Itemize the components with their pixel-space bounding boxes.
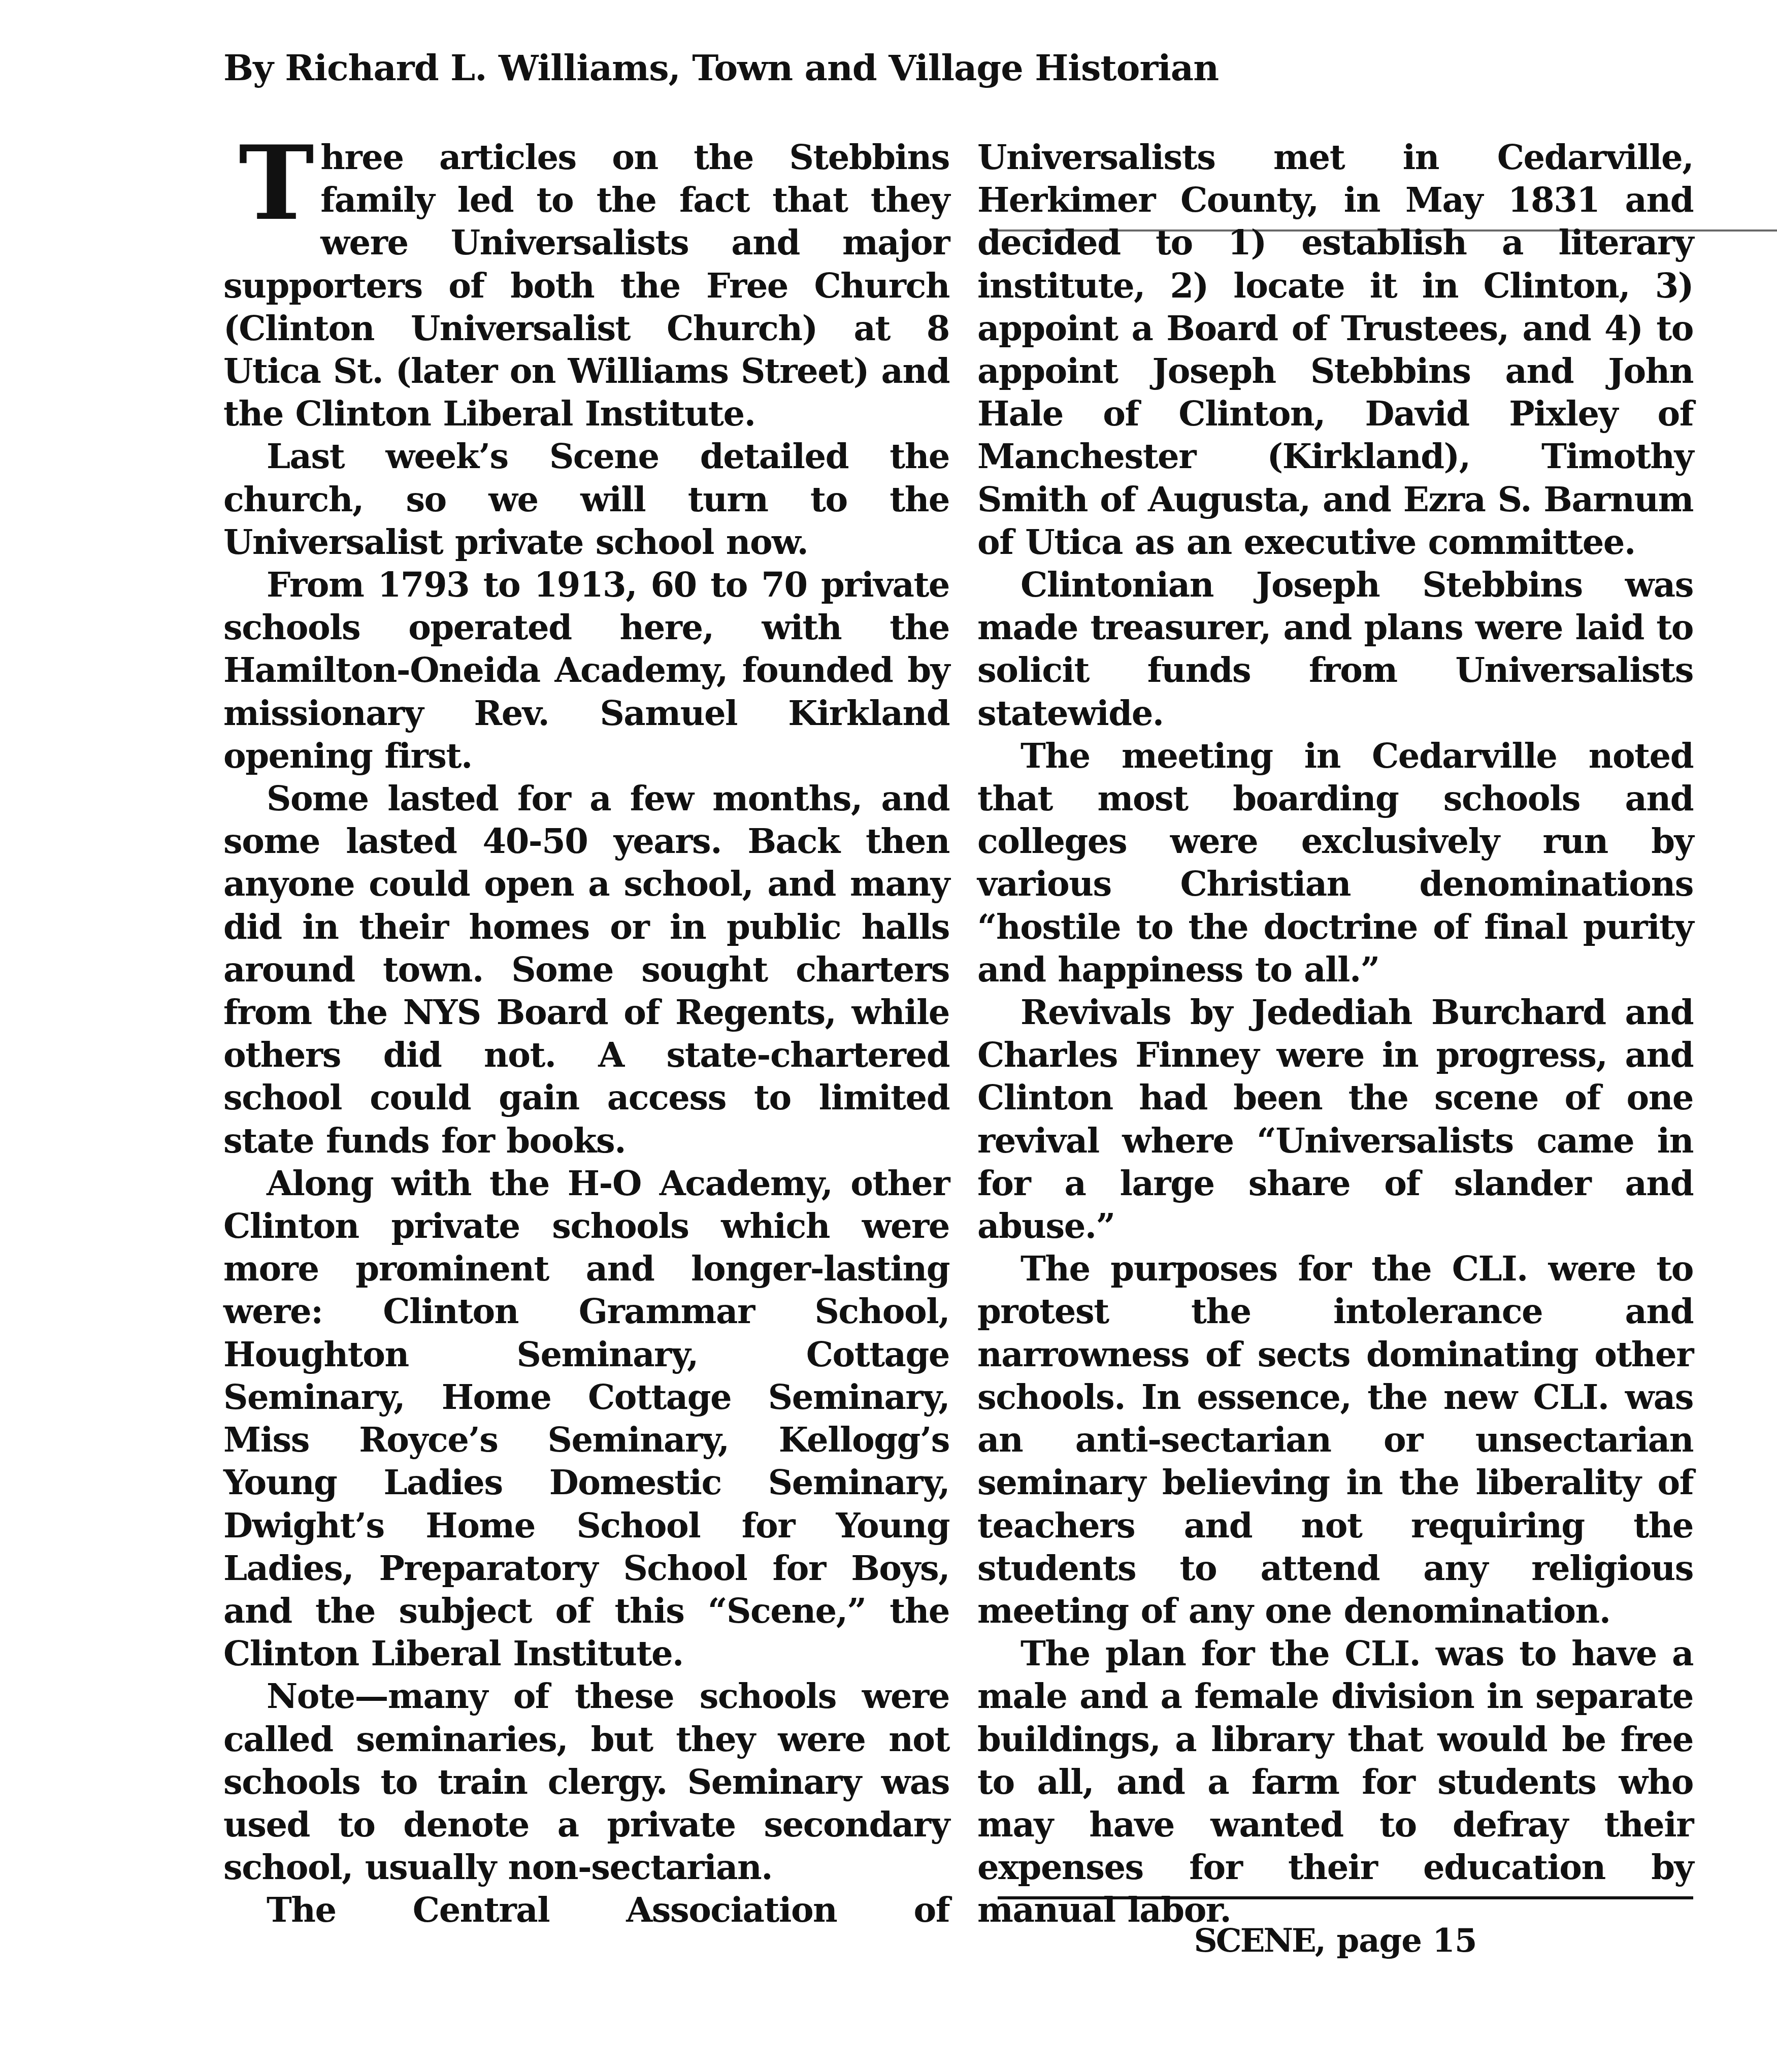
paragraph-continuation: Universalists met in Cedarville, Herkime… (977, 136, 1693, 564)
paragraph: The plan for the CLI. was to have a male… (977, 1632, 1693, 1931)
continued-on-page-jump: SCENE, page 15 (977, 1922, 1693, 1960)
paragraph: Note—many of these schools were called s… (223, 1675, 949, 1889)
paragraph-intro: Three articles on the Stebbins family le… (223, 136, 949, 435)
paragraph: Clintonian Joseph Stebbins was made trea… (977, 564, 1693, 735)
paragraph: Revivals by Jedediah Burchard and Charle… (977, 991, 1693, 1247)
jump-page-label: , page 15 (1315, 1922, 1477, 1960)
paragraph: The purposes for the CLI. were to protes… (977, 1247, 1693, 1632)
right-column: Universalists met in Cedarville, Herkime… (977, 136, 1693, 1932)
paragraph: From 1793 to 1913, 60 to 70 private scho… (223, 564, 949, 777)
left-column: Three articles on the Stebbins family le… (223, 136, 949, 1932)
paragraph: The meeting in Cedarville noted that mos… (977, 735, 1693, 991)
drop-cap: T (239, 143, 313, 224)
byline: By Richard L. Williams, Town and Village… (223, 47, 1219, 89)
jump-section-name: SCENE (1194, 1922, 1315, 1960)
paragraph-intro-text: hree articles on the Stebbins family led… (223, 137, 949, 434)
divider-rule (998, 1896, 1693, 1899)
paragraph: Along with the H-O Academy, other Clinto… (223, 1162, 949, 1675)
paragraph: Last week’s Scene detailed the church, s… (223, 435, 949, 564)
paragraph-continued: The Central Association of (223, 1889, 949, 1931)
paragraph: Some lasted for a few months, and some l… (223, 777, 949, 1162)
